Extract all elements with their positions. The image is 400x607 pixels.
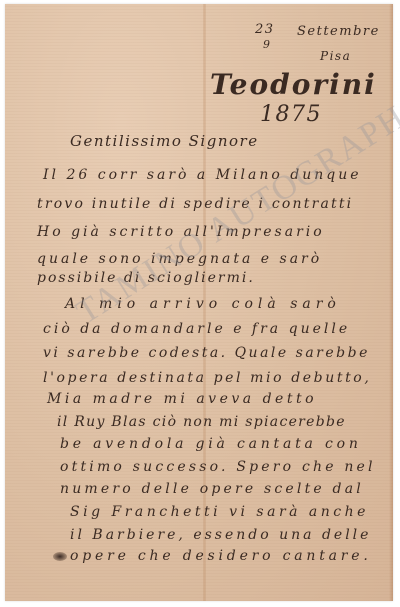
body-line: ottimo successo. Spero che nel (60, 459, 376, 475)
body-line: opere che desidero cantare. (70, 548, 372, 564)
body-line: il Barbiere, essendo una delle (70, 527, 371, 543)
body-line: Sig Franchetti vi sarà anche (70, 504, 369, 520)
body-line: il Ruy Blas ciò non mi spiacerebbe (57, 414, 346, 430)
date-month: Settembre (297, 24, 380, 39)
salutation: Gentilissimo Signore (70, 132, 259, 150)
paper-edge (389, 4, 393, 601)
header-signature: Teodorini (210, 68, 377, 101)
year: 1875 (260, 102, 322, 127)
ink-smudge (53, 552, 67, 561)
body-line: Mia madre mi aveva detto (47, 391, 317, 407)
place: Pisa (320, 49, 351, 63)
body-line: trovo inutile di spedire i contratti (37, 196, 353, 212)
body-line: l'opera destinata pel mio debutto, (43, 370, 371, 386)
date-day: 23 (255, 22, 275, 37)
body-line: be avendola già cantata con (60, 436, 362, 452)
body-line: numero delle opere scelte dal (60, 481, 364, 497)
date-month-num: 9 (263, 38, 272, 51)
body-line: vi sarebbe codesta. Quale sarebbe (43, 345, 370, 361)
letter-paper: 23 9 Settembre Pisa Teodorini 1875 Genti… (5, 4, 393, 601)
